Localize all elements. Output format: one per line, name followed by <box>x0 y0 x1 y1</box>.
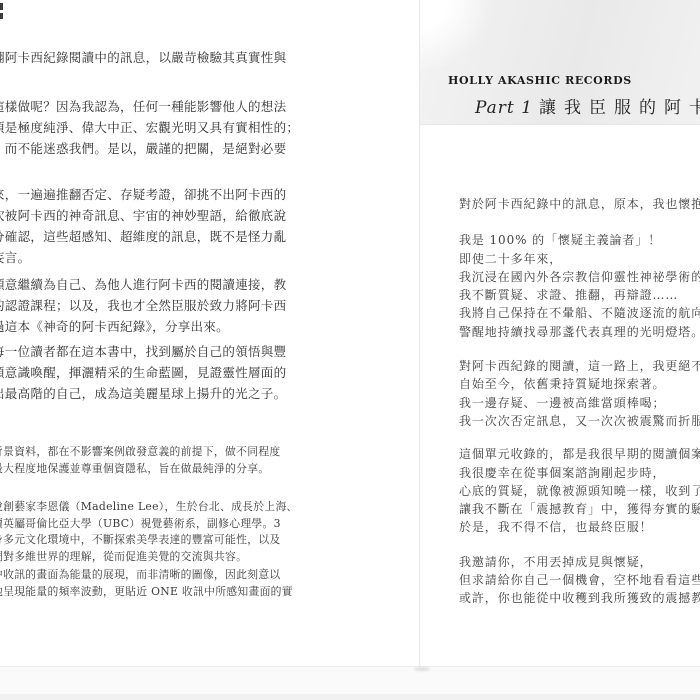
paragraph: 我是 100% 的「懷疑主義論者」！ 即使二十多年來， 我沉浸在國內外各宗教信仰… <box>459 231 700 341</box>
right-book-page: HOLLY AKASHIC RECORDS Part 1讓我臣服的阿卡西 對於阿… <box>419 0 700 666</box>
text-line: 最大程度地保護並尊重個資隱私，旨在做最純淨的分享。 <box>0 461 322 478</box>
text-line: 中收訊的畫面為能量的展現，而非清晰的圖像，因此刻意以 <box>0 567 322 584</box>
text-line: 願意繼續為自己、為他人進行阿卡西的閱讀連接，教 <box>0 274 322 295</box>
paragraph: 對阿卡西紀錄的閱讀，這一路上，我更絕不盲 自始至今，依舊秉持質疑地探索著。 我一… <box>459 357 700 430</box>
paragraph: 我邀請你，不用丟掉成見與懷疑， 但求請給你自己一個機會，空杯地看看這些案 或許，… <box>459 553 700 608</box>
paragraph: 每一位讀者都在這本書中，找到屬於自己的領悟與豐 頻意識喚醒，揮灑精采的生命藍圖，… <box>0 341 322 404</box>
text-line: 分確認，這些超感知、超維度的訊息，既不是怪力亂 <box>0 226 322 247</box>
text-line: 過這本《神奇的阿卡西紀錄》，分享出來。 <box>0 316 322 337</box>
text-line: 來，一遍遍推翻否定、存疑考證，卻挑不出阿卡西的 <box>0 184 322 205</box>
text-line: 銳創藝家李恩儀（Madeline Lee），生於台北、成長於上海、 <box>0 499 322 516</box>
text-line: 我沉浸在國內外各宗教信仰靈性神祕學術的大 <box>459 268 700 286</box>
text-line: 但求請給你自己一個機會，空杯地看看這些案 <box>459 571 700 589</box>
paragraph: 這個單元收錄的，都是我很早期的閱讀個案。 我很慶幸在從事個案諮詢剛起步時， 心底… <box>459 445 700 536</box>
text-line: 背景資料，都在不影響案例啟發意義的前提下，做不同程度 <box>0 444 322 461</box>
text-line: 這個單元收錄的，都是我很早期的閱讀個案。 <box>459 445 700 463</box>
text-line: ，而不能迷惑我們。是以，嚴謹的把關，是絕對必要 <box>0 138 322 159</box>
text-line: 對於阿卡西紀錄中的訊息，原本，我也懷抱著 <box>459 195 700 213</box>
text-line: 對阿卡西紀錄的閱讀，這一路上，我更絕不盲 <box>459 357 700 375</box>
footnote-paragraph: 銳創藝家李恩儀（Madeline Lee），生於台北、成長於上海、 讀英屬哥倫比… <box>0 499 322 565</box>
paragraph: 對於阿卡西紀錄中的訊息，原本，我也懷抱著 <box>459 195 700 213</box>
text-line: 妄言。 <box>0 247 322 268</box>
text-line: 讀英屬哥倫比亞大學（UBC）視覺藝術系，副修心理學。3 <box>0 516 322 533</box>
paragraph: 翻阿卡西紀錄閱讀中的訊息，以嚴苛檢驗其真實性與 <box>0 47 322 68</box>
text-line: 我邀請你，不用丟掉成見與懷疑， <box>459 553 700 571</box>
text-line: 的認證課程；以及，我也才全然臣服於致力將阿卡西 <box>0 295 322 316</box>
text-line: 須是極度純淨、偉大中正、宏觀光明又具有實相性的； <box>0 117 322 138</box>
paragraph: 這樣做呢？因為我認為，任何一種能影響他人的想法 須是極度純淨、偉大中正、宏觀光明… <box>0 96 322 159</box>
text-line: 警醒地持續找尋那盞代表真理的光明燈塔。 <box>459 323 700 341</box>
footer-bottom-shade <box>0 694 700 700</box>
paragraph: 來，一遍遍推翻否定、存疑考證，卻挑不出阿卡西的 次被阿卡西的神奇訊息、宇宙的神妙… <box>0 184 322 268</box>
text-line: 我很慶幸在從事個案諮詢剛起步時， <box>459 464 700 482</box>
right-page-text: 對於阿卡西紀錄中的訊息，原本，我也懷抱著 我是 100% 的「懷疑主義論者」！ … <box>459 195 700 608</box>
text-line: 我將自己保持在不暈船、不隨波逐流的航向上 <box>459 304 700 322</box>
series-title: HOLLY AKASHIC RECORDS <box>448 74 632 87</box>
chapter-title: Part 1讓我臣服的阿卡西 <box>475 93 700 118</box>
text-line: 自始至今，依舊秉持質疑地探索著。 <box>459 375 700 393</box>
text-line: 出最高階的自己，成為這美麗星球上揚升的光之子。 <box>0 383 322 404</box>
text-line: 頻意識喚醒，揮灑精采的生命藍圖，見證靈性層面的 <box>0 362 322 383</box>
footnote-paragraph: 背景資料，都在不影響案例啟發意義的前提下，做不同程度 最大程度地保護並尊重個資隱… <box>0 444 322 477</box>
clipped-glyph-fragment <box>0 13 3 19</box>
text-line: 讓我不斷在「震撼教育」中，獲得夯實的驗證 <box>459 500 700 518</box>
text-line: 或許，你也能從中收穫到我所獲致的震撼教育 <box>459 589 700 607</box>
text-line: 即使二十多年來， <box>459 250 700 268</box>
paragraph: 願意繼續為自己、為他人進行阿卡西的閱讀連接，教 的認證課程；以及，我也才全然臣服… <box>0 274 322 337</box>
page-curl-shadow <box>414 667 430 671</box>
left-book-page: 翻阿卡西紀錄閱讀中的訊息，以嚴苛檢驗其真實性與 這樣做呢？因為我認為，任何一種能… <box>0 0 419 666</box>
text-line: 地呈現能量的頻率波動，更貼近 ONE 收訊中所感知畫面的實 <box>0 584 322 601</box>
text-line: 我一次次否定訊息，又一次次被震驚而折服。 <box>459 412 700 430</box>
text-line: 於是，我不得不信，也最終臣服！ <box>459 518 700 536</box>
part-label: Part 1 <box>475 98 533 118</box>
text-line: 身多元文化環境中，不斷探索美學表達的豐富可能性，以及 <box>0 532 322 549</box>
text-line: 翻阿卡西紀錄閱讀中的訊息，以嚴苛檢驗其真實性與 <box>0 47 322 68</box>
text-line: 次被阿卡西的神奇訊息、宇宙的神妙聖語，給徹底說 <box>0 205 322 226</box>
footnote-paragraph: 中收訊的畫面為能量的展現，而非清晰的圖像，因此刻意以 地呈現能量的頻率波動，更貼… <box>0 567 322 600</box>
text-line: 我是 100% 的「懷疑主義論者」！ <box>459 231 700 249</box>
part-title: 讓我臣服的阿卡西 <box>539 98 700 118</box>
chapter-header-band: HOLLY AKASHIC RECORDS Part 1讓我臣服的阿卡西 <box>420 0 700 125</box>
left-page-text: 翻阿卡西紀錄閱讀中的訊息，以嚴苛檢驗其真實性與 這樣做呢？因為我認為，任何一種能… <box>0 47 322 600</box>
text-line: 這樣做呢？因為我認為，任何一種能影響他人的想法 <box>0 96 322 117</box>
text-line: 們對多維世界的理解，從而促進美覺的交流與共容。 <box>0 549 322 566</box>
text-line: 心底的質疑，就像被源頭知曉一樣，收到了各 <box>459 482 700 500</box>
text-line: 我不斷質疑、求證、推翻，再辯證…… <box>459 286 700 304</box>
text-line: 每一位讀者都在這本書中，找到屬於自己的領悟與豐 <box>0 341 322 362</box>
text-line: 我一邊存疑、一邊被高維當頭棒喝； <box>459 394 700 412</box>
clipped-glyph-fragment <box>0 3 3 10</box>
